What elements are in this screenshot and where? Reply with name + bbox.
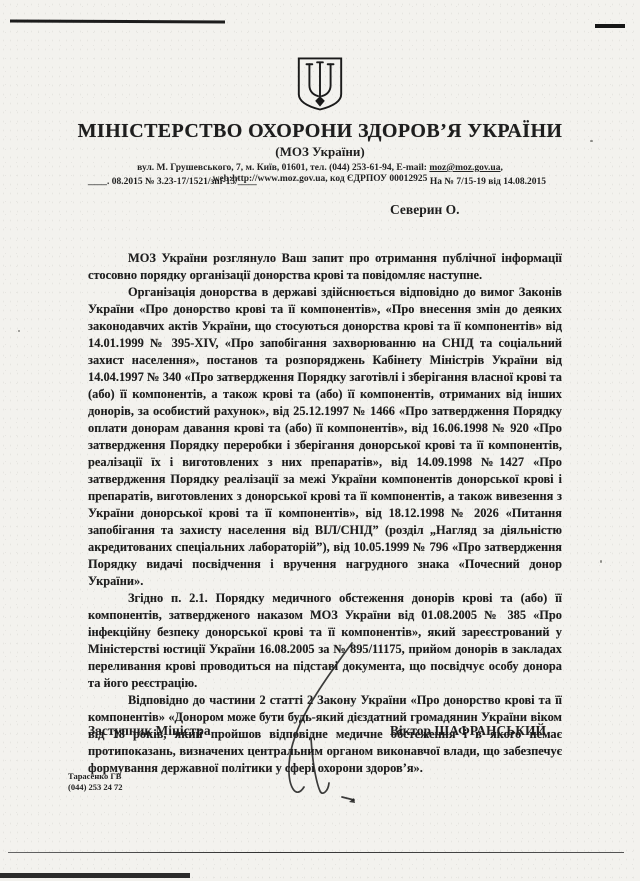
email-address: moz@moz.gov.ua	[429, 163, 500, 173]
signature-block: Заступник Міністра Віктор ШАФРАНСЬКИЙ	[88, 723, 546, 739]
outgoing-number: ____. 08.2015 № 3.23-17/1521/зпі-15/____	[88, 177, 257, 187]
ministry-title: МІНІСТЕРСТВО ОХОРОНИ ЗДОРОВ’Я УКРАЇНИ	[0, 120, 640, 143]
scan-artifact-top-line	[10, 20, 225, 24]
scan-speck	[600, 560, 602, 563]
address-line1-text: вул. М. Грушевського, 7, м. Київ, 01601,…	[137, 163, 429, 173]
scan-artifact-bottom-line	[8, 852, 624, 853]
reference-row: ____. 08.2015 № 3.23-17/1521/зпі-15/____…	[88, 177, 546, 187]
paragraph-intro: МОЗ України розглянуло Ваш запит про отр…	[88, 250, 562, 284]
scanned-letter-page: МІНІСТЕРСТВО ОХОРОНИ ЗДОРОВ’Я УКРАЇНИ (М…	[0, 0, 640, 881]
reply-to-number: На № 7/15-19 від 14.08.2015	[430, 177, 546, 187]
ukraine-trident-icon	[294, 55, 346, 117]
recipient-name: Северин О.	[390, 202, 460, 218]
scan-speck	[18, 330, 20, 332]
scan-artifact-top-right-dash	[595, 24, 625, 28]
letter-body: МОЗ України розглянуло Ваш запит про отр…	[88, 250, 562, 777]
address-line1-suffix: ,	[500, 163, 502, 173]
executor-name: Тарасенко ГВ	[68, 771, 121, 781]
executor-info: Тарасенко ГВ (044) 253 24 72	[68, 771, 123, 793]
executor-phone: (044) 253 24 72	[68, 782, 123, 792]
letterhead: МІНІСТЕРСТВО ОХОРОНИ ЗДОРОВ’Я УКРАЇНИ (М…	[0, 55, 640, 185]
signer-name: Віктор ШАФРАНСЬКИЙ	[390, 723, 546, 739]
scan-artifact-bottom-bar	[0, 873, 190, 878]
paragraph-order-385: Згідно п. 2.1. Порядку медичного обстеже…	[88, 590, 562, 692]
paragraph-legislation: Організація донорства в державі здійснює…	[88, 284, 562, 590]
signer-title: Заступник Міністра	[88, 723, 211, 739]
ministry-short-title: (МОЗ України)	[0, 144, 640, 160]
